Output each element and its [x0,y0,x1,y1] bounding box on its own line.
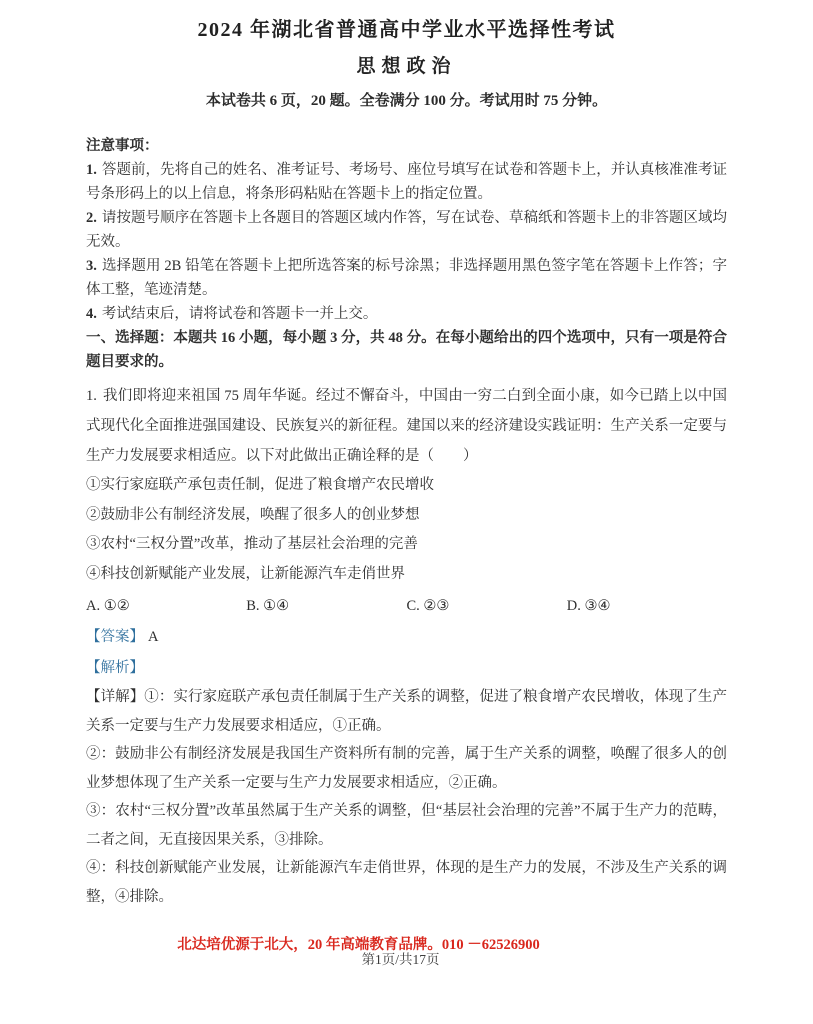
choice-d: D. ③④ [567,592,727,621]
detail-paragraph-1: 【详解】①：实行家庭联产承包责任制属于生产关系的调整，促进了粮食增产农民增收，体… [86,683,727,740]
notice-item-4: 4.考试结束后，请将试卷和答题卡一并上交。 [86,302,727,326]
document-canvas: { "colors": { "accent_blue": "#2f6f9d", … [0,0,813,1024]
notice-item-3-text: 选择题用 2B 铅笔在答题卡上把所选答案的标号涂黑；非选择题用黑色签字笔在答题卡… [86,258,727,298]
question-1-option-1: ①实行家庭联产承包责任制，促进了粮食增产农民增收 [86,471,727,501]
detail-section: 【详解】①：实行家庭联产承包责任制属于生产关系的调整，促进了粮食增产农民增收，体… [86,683,727,911]
question-1-option-2: ②鼓励非公有制经济发展，唤醒了很多人的创业梦想 [86,501,727,531]
detail-paragraph-4: ④：科技创新赋能产业发展，让新能源汽车走俏世界，体现的是生产力的发展，不涉及生产… [86,854,727,911]
question-1-stem-text: 我们即将迎来祖国 75 周年华诞。经过不懈奋斗，中国由一穷二白到全面小康，如今已… [86,388,727,464]
choice-a: A. ①② [86,592,246,621]
question-1-number: 1. [86,388,97,404]
detail-paragraph-1-text: ①：实行家庭联产承包责任制属于生产关系的调整，促进了粮食增产农民增收，体现了生产… [86,689,727,734]
question-1-option-4: ④科技创新赋能产业发展，让新能源汽车走俏世界 [86,560,727,590]
notice-item-3-number: 3. [86,258,97,274]
question-1-stem: 1.我们即将迎来祖国 75 周年华诞。经过不懈奋斗，中国由一穷二白到全面小康，如… [86,381,727,471]
answer-label: 【答案】 [86,629,144,645]
page-indicator: 第1页/共17页 [0,951,807,968]
notice-item-1-number: 1. [86,162,97,178]
question-1-option-3: ③农村“三权分置”改革，推动了基层社会治理的完善 [86,530,727,560]
answer-value: A [148,629,158,645]
detail-paragraph-2: ②：鼓励非公有制经济发展是我国生产资料所有制的完善，属于生产关系的调整，唤醒了很… [86,740,727,797]
doc-title: 2024 年湖北省普通高中学业水平选择性考试 [86,16,727,44]
notice-item-2-text: 请按题号顺序在答题卡上各题目的答题区域内作答，写在试卷、草稿纸和答题卡上的非答题… [86,210,727,250]
notice-item-4-text: 考试结束后，请将试卷和答题卡一并上交。 [102,306,378,322]
notice-heading: 注意事项： [86,134,727,158]
notice-item-2-number: 2. [86,210,97,226]
section-one-heading: 一、选择题：本题共 16 小题，每小题 3 分，共 48 分。在每小题给出的四个… [86,326,727,374]
answer-line: 【答案】A [86,623,727,652]
detail-paragraph-3: ③：农村“三权分置”改革虽然属于生产关系的调整，但“基层社会治理的完善”不属于生… [86,797,727,854]
notice-item-1-text: 答题前，先将自己的姓名、准考证号、考场号、座位号填写在试卷和答题卡上，并认真核准… [86,162,727,202]
notice-item-3: 3.选择题用 2B 铅笔在答题卡上把所选答案的标号涂黑；非选择题用黑色签字笔在答… [86,254,727,302]
detail-label: 【详解】 [86,689,144,705]
choice-b: B. ①④ [246,592,406,621]
question-1-choices-row: A. ①② B. ①④ C. ②③ D. ③④ [86,592,727,621]
choice-c: C. ②③ [407,592,567,621]
analysis-line: 【解析】 [86,654,727,683]
doc-subject: 思想政治 [86,54,727,80]
page-footer: 北达培优源于北大，20 年高端教育品牌。010 －62526900 第1页/共1… [0,936,813,968]
notice-item-4-number: 4. [86,306,97,322]
notice-item-2: 2.请按题号顺序在答题卡上各题目的答题区域内作答，写在试卷、草稿纸和答题卡上的非… [86,206,727,254]
paper-info: 本试卷共 6 页，20 题。全卷满分 100 分。考试用时 75 分钟。 [86,90,727,112]
notice-item-1: 1.答题前，先将自己的姓名、准考证号、考场号、座位号填写在试卷和答题卡上，并认真… [86,158,727,206]
exam-document-page: 2024 年湖北省普通高中学业水平选择性考试 思想政治 本试卷共 6 页，20 … [86,0,727,911]
analysis-label: 【解析】 [86,660,144,676]
